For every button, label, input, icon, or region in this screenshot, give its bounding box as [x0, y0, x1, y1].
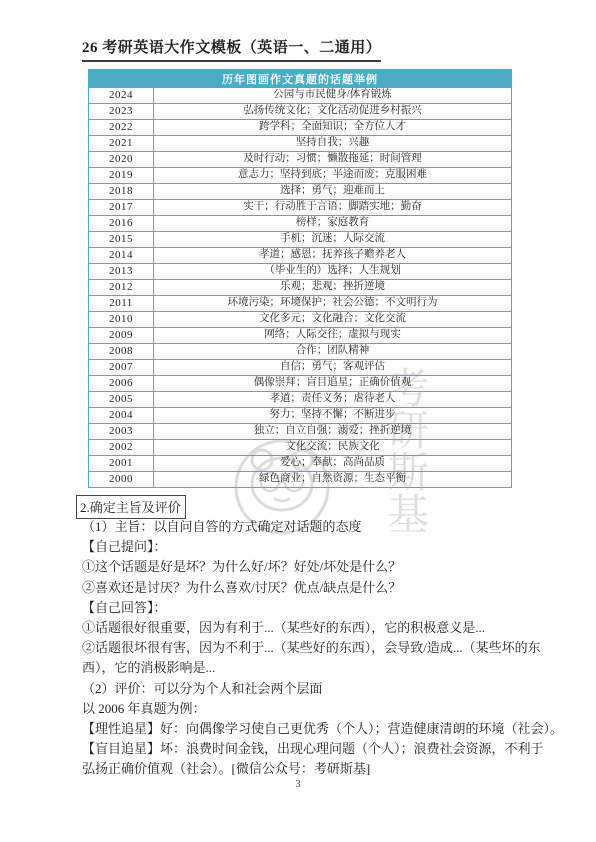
section-heading: 2.确定主旨及评价 — [76, 495, 186, 519]
topic-cell: 自信；勇气；客观评估 — [154, 360, 512, 376]
year-cell: 2017 — [89, 200, 154, 216]
table-row: 2008合作；团队精神 — [89, 344, 512, 360]
topic-cell: 跨学科；全面知识；全方位人才 — [154, 120, 512, 136]
topic-cell: 偶像崇拜；盲目追星；正确价值观 — [154, 376, 512, 392]
topic-cell: 爱心；奉献；高尚品质 — [154, 456, 512, 472]
body-line: 西），它的消极影响是... — [82, 658, 534, 678]
topic-cell: 环境污染；环境保护；社会公德；不文明行为 — [154, 296, 512, 312]
year-cell: 2019 — [89, 168, 154, 184]
year-cell: 2021 — [89, 136, 154, 152]
topic-cell: 孝道；感恩；抚养孩子赡养老人 — [154, 248, 512, 264]
table-row: 2014孝道；感恩；抚养孩子赡养老人 — [89, 248, 512, 264]
year-cell: 2005 — [89, 392, 154, 408]
year-cell: 2023 — [89, 104, 154, 120]
body-line: ②话题很坏很有害，因为不利于...（某些好的东西），会导致/造成...（某些坏的… — [82, 638, 534, 658]
year-cell: 2002 — [89, 440, 154, 456]
body-line: 【盲目追星】坏：浪费时间金钱，出现心理问题（个人）；浪费社会资源，不利于 — [82, 739, 534, 759]
year-cell: 2001 — [89, 456, 154, 472]
body-line: 【自己提问】： — [82, 537, 534, 557]
table-row: 2010文化多元；文化融合；文化交流 — [89, 312, 512, 328]
topic-cell: 独立；自立自强；溺爱；挫折逆境 — [154, 424, 512, 440]
table-row: 2022跨学科；全面知识；全方位人才 — [89, 120, 512, 136]
body-line: 【自己回答】： — [82, 598, 534, 618]
table-title: 历年图画作文真题的话题举例 — [89, 70, 512, 88]
topic-cell: 绿色商业；自然资源；生态平衡 — [154, 472, 512, 488]
body-line: 弘扬正确价值观（社会）。[微信公众号：考研斯基] — [82, 759, 534, 779]
year-cell: 2024 — [89, 88, 154, 104]
topic-cell: 手机；沉迷；人际交流 — [154, 232, 512, 248]
topic-cell: 坚持自我；兴趣 — [154, 136, 512, 152]
body-line: （1）主旨：以自问自答的方式确定对话题的态度 — [82, 517, 534, 537]
year-cell: 2015 — [89, 232, 154, 248]
body-line: ①这个话题是好是坏？为什么好/坏？好处/坏处是什么？ — [82, 557, 534, 577]
year-cell: 2008 — [89, 344, 154, 360]
year-cell: 2012 — [89, 280, 154, 296]
table-row: 2015手机；沉迷；人际交流 — [89, 232, 512, 248]
year-cell: 2016 — [89, 216, 154, 232]
table-row: 2007自信；勇气；客观评估 — [89, 360, 512, 376]
year-cell: 2003 — [89, 424, 154, 440]
table-row: 2005孝道；责任义务；虐待老人 — [89, 392, 512, 408]
body-text: （1）主旨：以自问自答的方式确定对话题的态度 【自己提问】： ①这个话题是好是坏… — [82, 517, 534, 780]
page-title: 26 考研英语大作文模板（英语一、二通用） — [82, 36, 381, 62]
body-line: 以 2006 年真题为例： — [82, 699, 534, 719]
topic-cell: 弘扬传统文化；文化活动促进乡村振兴 — [154, 104, 512, 120]
year-cell: 2013 — [89, 264, 154, 280]
table-row: 2017实干；行动胜于言语；脚踏实地；勤奋 — [89, 200, 512, 216]
page-title-text: 26 考研英语大作文模板（英语一、二通用） — [82, 40, 381, 56]
table-row: 2016榜样；家庭教育 — [89, 216, 512, 232]
year-cell: 2004 — [89, 408, 154, 424]
table-row: 2013（毕业生的）选择；人生规划 — [89, 264, 512, 280]
topic-cell: 公园与市民健身/体育锻炼 — [154, 88, 512, 104]
topic-cell: 实干；行动胜于言语；脚踏实地；勤奋 — [154, 200, 512, 216]
year-cell: 2000 — [89, 472, 154, 488]
table-row: 2002文化交流；民族文化 — [89, 440, 512, 456]
body-line: ①话题很好很重要，因为有利于...（某些好的东西），它的积极意义是... — [82, 618, 534, 638]
topic-cell: 乐观；悲观；挫折逆境 — [154, 280, 512, 296]
topic-cell: 榜样；家庭教育 — [154, 216, 512, 232]
table-row: 2023弘扬传统文化；文化活动促进乡村振兴 — [89, 104, 512, 120]
table-header-row: 历年图画作文真题的话题举例 — [89, 70, 512, 88]
topics-table: 历年图画作文真题的话题举例 2024公园与市民健身/体育锻炼 2023弘扬传统文… — [88, 69, 512, 488]
year-cell: 2011 — [89, 296, 154, 312]
document-page: 26 考研英语大作文模板（英语一、二通用） 考研斯基 历年图画作文真题的话题举例… — [0, 0, 596, 842]
table-row: 2018选择；勇气；迎难而上 — [89, 184, 512, 200]
topic-cell: 文化交流；民族文化 — [154, 440, 512, 456]
year-cell: 2009 — [89, 328, 154, 344]
year-cell: 2007 — [89, 360, 154, 376]
topic-cell: 文化多元；文化融合；文化交流 — [154, 312, 512, 328]
table-row: 2003独立；自立自强；溺爱；挫折逆境 — [89, 424, 512, 440]
table-row: 2019意志力；坚持到底；半途而废；克服困难 — [89, 168, 512, 184]
topic-cell: 及时行动；习惯；懒散拖延；时间管理 — [154, 152, 512, 168]
year-cell: 2006 — [89, 376, 154, 392]
year-cell: 2018 — [89, 184, 154, 200]
table-row: 2006偶像崇拜；盲目追星；正确价值观 — [89, 376, 512, 392]
topic-cell: （毕业生的）选择；人生规划 — [154, 264, 512, 280]
topic-cell: 意志力；坚持到底；半途而废；克服困难 — [154, 168, 512, 184]
topic-cell: 合作；团队精神 — [154, 344, 512, 360]
topic-cell: 选择；勇气；迎难而上 — [154, 184, 512, 200]
year-cell: 2022 — [89, 120, 154, 136]
topic-cell: 网络；人际交往；虚拟与现实 — [154, 328, 512, 344]
table-row: 2021坚持自我；兴趣 — [89, 136, 512, 152]
table-row: 2024公园与市民健身/体育锻炼 — [89, 88, 512, 104]
table-row: 2000绿色商业；自然资源；生态平衡 — [89, 472, 512, 488]
topic-cell: 努力；坚持不懈；不断进步 — [154, 408, 512, 424]
body-line: （2）评价：可以分为个人和社会两个层面 — [82, 679, 534, 699]
table-row: 2012乐观；悲观；挫折逆境 — [89, 280, 512, 296]
topic-cell: 孝道；责任义务；虐待老人 — [154, 392, 512, 408]
year-cell: 2020 — [89, 152, 154, 168]
year-cell: 2014 — [89, 248, 154, 264]
table-row: 2004努力；坚持不懈；不断进步 — [89, 408, 512, 424]
page-number: 3 — [0, 779, 596, 790]
table-row: 2001爱心；奉献；高尚品质 — [89, 456, 512, 472]
table-row: 2020及时行动；习惯；懒散拖延；时间管理 — [89, 152, 512, 168]
body-line: 【理性追星】好：向偶像学习使自己更优秀（个人）；营造健康清朗的环境（社会）。 — [82, 719, 534, 739]
table-row: 2011环境污染；环境保护；社会公德；不文明行为 — [89, 296, 512, 312]
body-line: ②喜欢还是讨厌？为什么喜欢/讨厌？优点/缺点是什么？ — [82, 578, 534, 598]
year-cell: 2010 — [89, 312, 154, 328]
table-row: 2009网络；人际交往；虚拟与现实 — [89, 328, 512, 344]
